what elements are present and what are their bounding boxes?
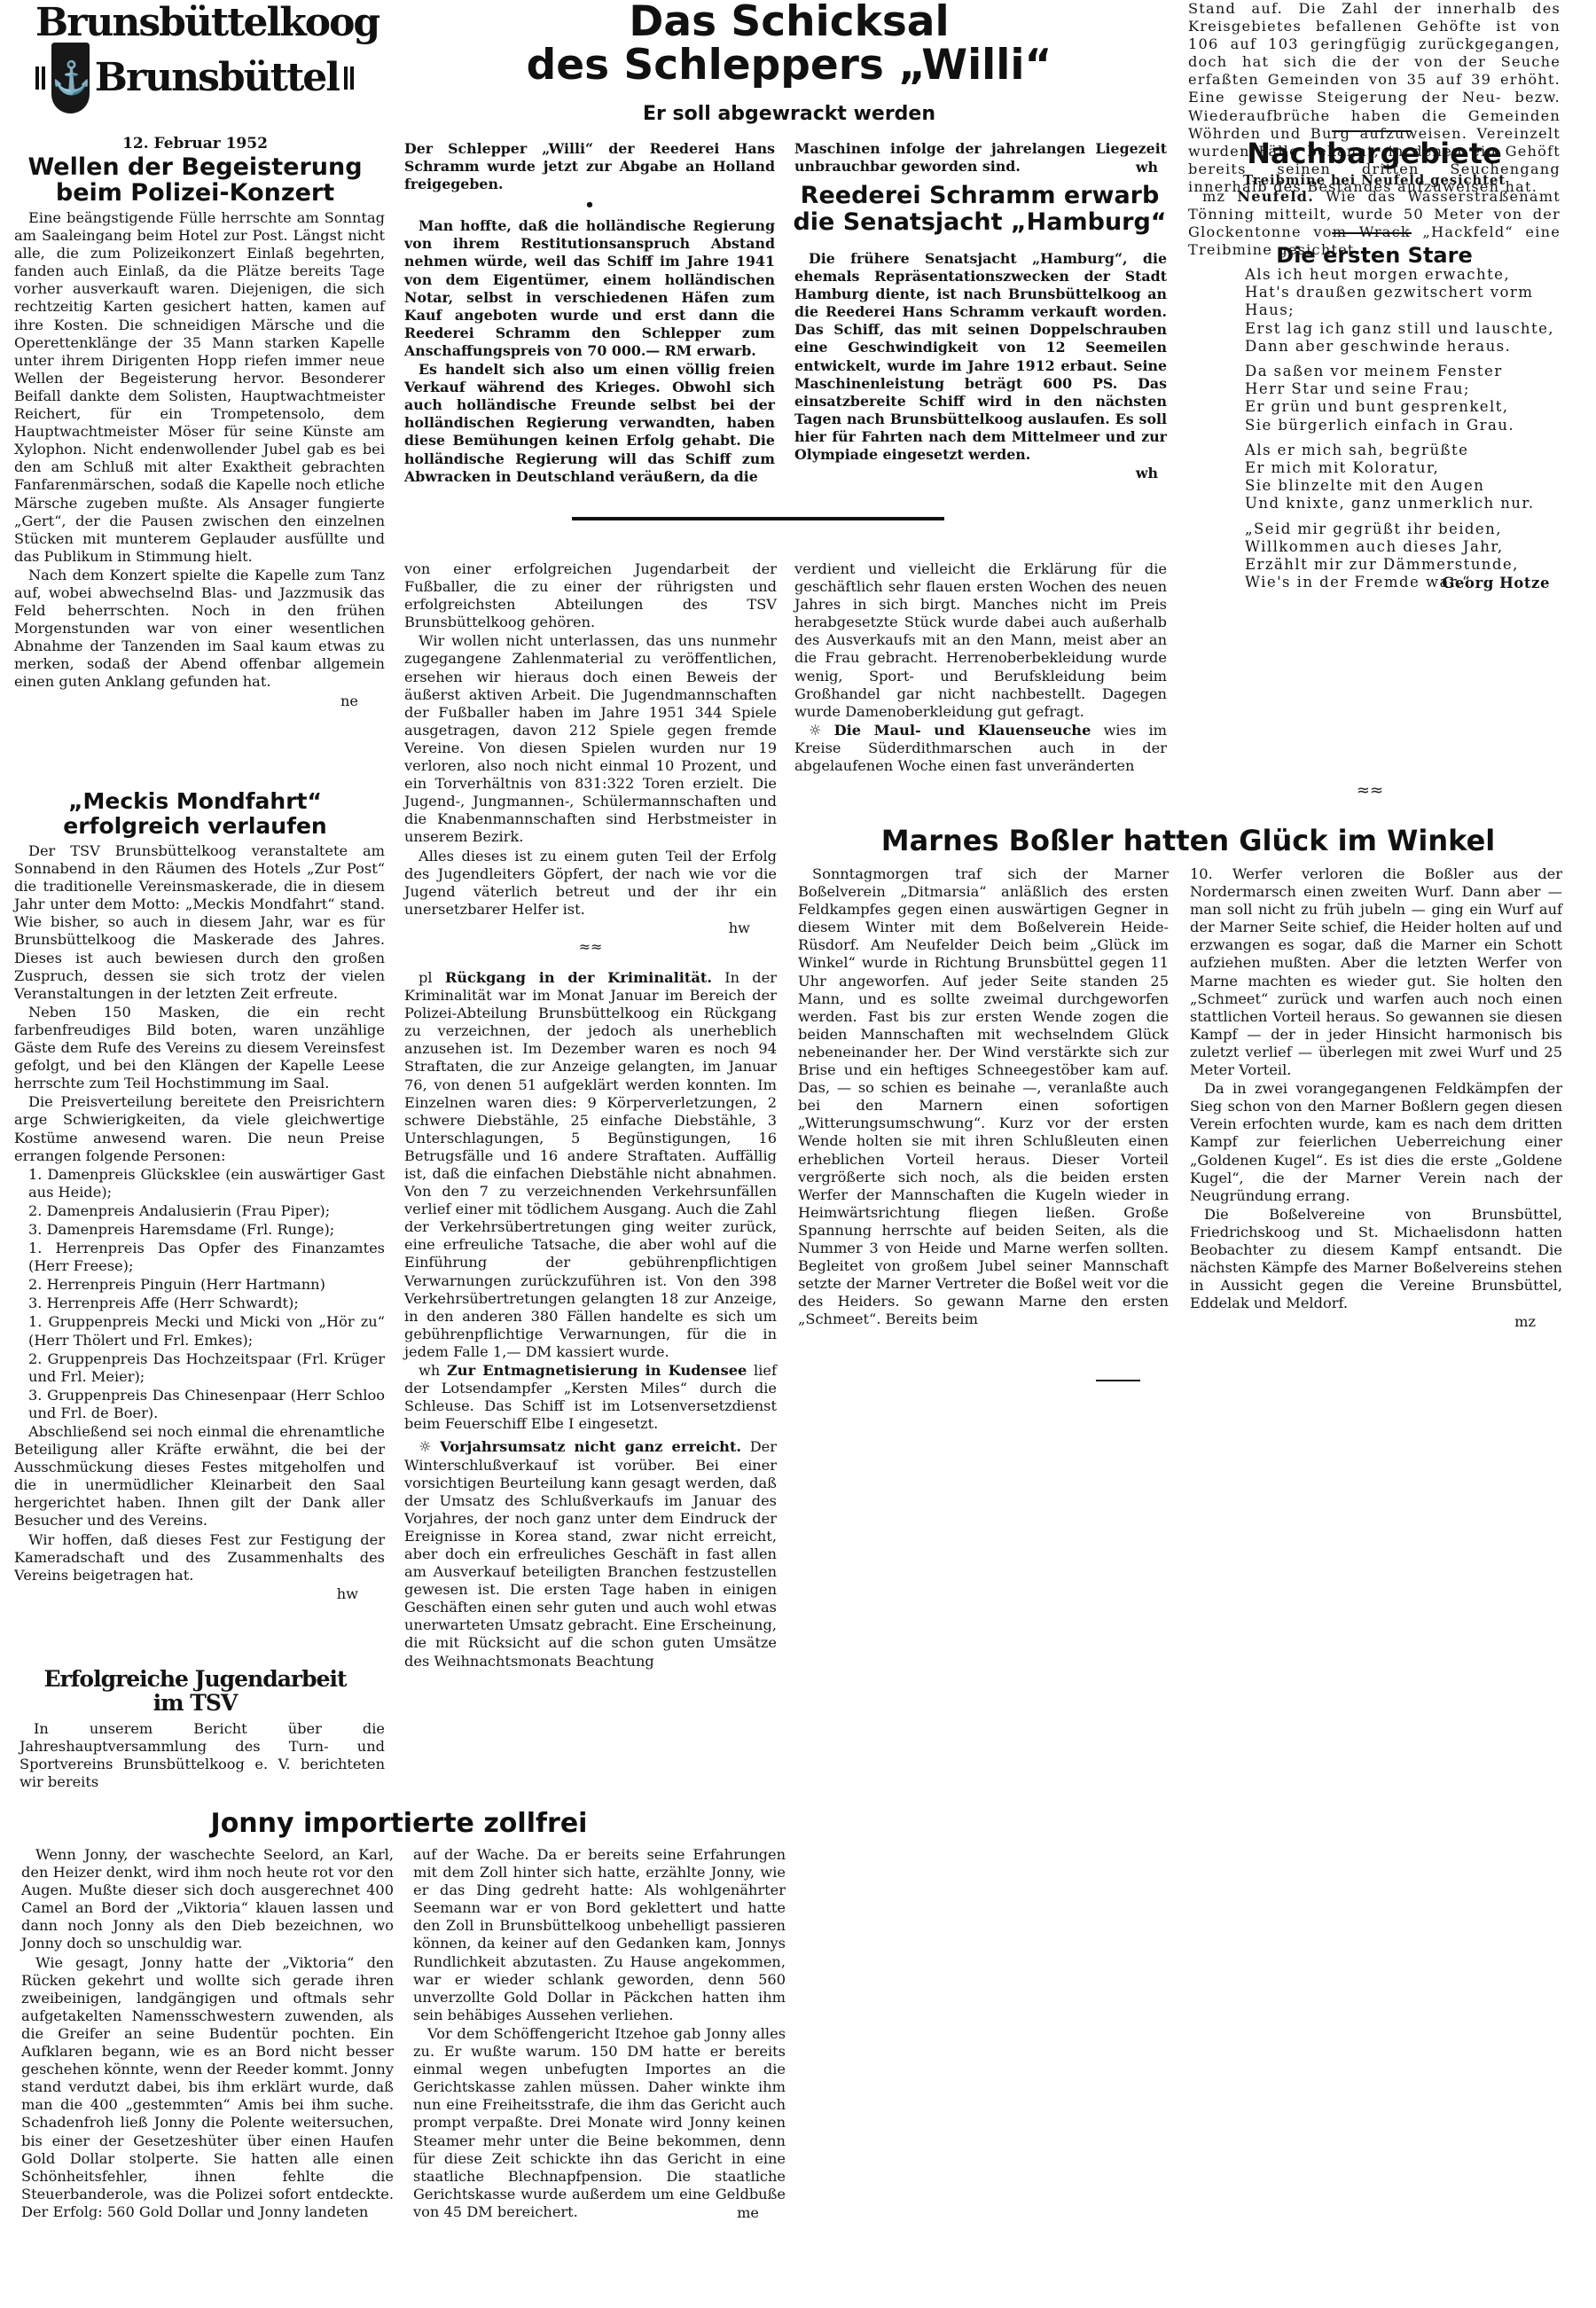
lead-paragraph: Der Schlepper „Willi“ der Reederei Hans … (404, 140, 775, 193)
place-name: Neufeld. (1237, 188, 1314, 205)
prize-item: 2. Herrenpreis Pinguin (Herr Hartmann) (14, 1276, 385, 1294)
article-jugendarbeit-lead: In unserem Bericht über die Jahreshauptv… (20, 1720, 385, 1792)
paragraph: Wir wollen nicht unterlassen, das uns nu… (404, 632, 777, 846)
paragraph: Die Boßelvereine von Brunsbüttel, Friedr… (1190, 1206, 1562, 1313)
prize-item: 2. Damenpreis Andalusierin (Frau Piper); (14, 1202, 385, 1220)
poem-stanza: „Seid mir gegrüßt ihr beiden, Willkommen… (1188, 520, 1561, 592)
item-title: Rückgang in der Kriminalität. (445, 969, 712, 986)
banner-right-ornament (344, 67, 355, 90)
headline-line: beim Polizei-Konzert (9, 180, 381, 206)
subheadline-treibmine: Treibmine bei Neufeld gesichtet (1188, 172, 1561, 188)
signature: hw (404, 919, 777, 937)
paragraph: Der TSV Brunsbüttelkoog veranstaltete am… (14, 842, 385, 1003)
headline-line: im TSV (9, 1691, 381, 1715)
headline-bossler: Marnes Boßler hatten Glück im Winkel (798, 825, 1578, 857)
signature: mz (1190, 1313, 1562, 1331)
article-schlepper-willi: Der Schlepper „Willi“ der Reederei Hans … (404, 140, 775, 487)
poem-line: Dann aber geschwinde heraus. (1245, 338, 1561, 356)
anchor-crest-icon: ⚓ (51, 43, 90, 113)
paragraph: In unserem Bericht über die Jahreshauptv… (20, 1720, 385, 1791)
poem-line: Als er mich sah, begrüßte (1245, 442, 1561, 459)
paragraph: Eine beängstigende Fülle herrschte am So… (14, 209, 385, 566)
article-jugendarbeit-continued: von einer erfolgreichen Jugendarbeit der… (404, 560, 777, 1671)
paragraph: auf der Wache. Da er bereits seine Erfah… (413, 1846, 786, 2024)
headline-senatsjacht: Reederei Schramm erwarb die Senatsjacht … (789, 183, 1170, 236)
headline-schlepper-willi: Das Schicksal des Schleppers „Willi“ (399, 0, 1179, 87)
issue-date: 12. Februar 1952 (0, 135, 390, 153)
news-item-klauenseuche: ☼ Die Maul- und Klauenseuche wies im Kre… (794, 722, 1167, 775)
article-bossler-col2: 10. Werfer verloren die Boßler aus der N… (1190, 865, 1562, 1331)
prize-item: 1. Herrenpreis Das Opfer des Finanzamtes… (14, 1240, 385, 1275)
paragraph: von einer erfolgreichen Jugendarbeit der… (404, 560, 777, 631)
headline-polizei-konzert: Wellen der Begeisterung beim Polizei-Kon… (9, 154, 381, 206)
section-title-nachbargebiete: Nachbargebiete (1188, 137, 1561, 169)
headline-jonny: Jonny importierte zollfrei (177, 1809, 621, 1839)
wave-separator: ≈≈ (1330, 786, 1410, 796)
headline-meckis-mondfahrt: „Meckis Mondfahrt“ erfolgreich verlaufen (9, 789, 381, 839)
poem-stanza: Als er mich sah, begrüßte Er mich mit Ko… (1188, 442, 1561, 513)
masthead: Brunsbüttelkoog ⚓ Brunsbüttel (35, 4, 355, 113)
headline-line: Erfolgreiche Jugendarbeit (9, 1667, 381, 1691)
author-initials: mz (1202, 188, 1225, 205)
headline-line: Wellen der Begeisterung (9, 154, 381, 180)
author-initials: wh (419, 1362, 440, 1379)
headline-line: Das Schicksal (399, 0, 1179, 43)
paragraph: Wir hoffen, daß dieses Fest zur Festigun… (14, 1531, 385, 1584)
item-text: In der Kriminalität war im Monat Januar … (404, 969, 777, 1360)
headline-line: erfolgreich verlaufen (9, 814, 381, 839)
prize-item: 1. Gruppenpreis Mecki und Micki von „Hör… (14, 1313, 385, 1349)
poem-author: Georg Hotze (1442, 574, 1550, 591)
paragraph: verdient und vielleicht die Erklärung fü… (794, 560, 1167, 721)
article-schlepper-willi-continued: Maschinen infolge der jahrelangen Liegez… (794, 140, 1167, 176)
star-icon: ☼ (809, 722, 822, 739)
banner-left-ornament (35, 67, 46, 90)
paragraph: Da in zwei vorangegangenen Feldkämpfen d… (1190, 1080, 1562, 1205)
poem-line: Als ich heut morgen erwachte, (1245, 266, 1561, 284)
poem-line: Da saßen vor meinem Fenster (1245, 363, 1561, 380)
paragraph: Man hoffte, daß die holländische Regieru… (404, 217, 775, 360)
paragraph: Es handelt sich also um einen völlig fre… (404, 361, 775, 486)
paragraph: Neben 150 Masken, die ein recht farbenfr… (14, 1004, 385, 1092)
poem: Als ich heut morgen erwachte, Hat's drau… (1188, 266, 1561, 599)
item-title: Zur Entmagnetisierung in Kudensee (447, 1362, 747, 1379)
article-bossler-col1: Sonntagmorgen traf sich der Marner Boßel… (798, 865, 1169, 1329)
poem-line: Erzählt mir zur Dämmerstunde, (1245, 556, 1561, 574)
paragraph: Nach dem Konzert spielte die Kapelle zum… (14, 567, 385, 692)
prize-item: 1. Damenpreis Glücksklee (ein auswärtige… (14, 1166, 385, 1201)
paragraph: Die frühere Senatsjacht „Hamburg“, die e… (794, 250, 1167, 464)
news-item-entmagnetisierung: wh Zur Entmagnetisierung in Kudensee lie… (404, 1362, 777, 1433)
article-column-3-continued: verdient und vielleicht die Erklärung fü… (794, 560, 1167, 776)
article-meckis-mondfahrt: Der TSV Brunsbüttelkoog veranstaltete am… (14, 842, 385, 1603)
news-item-kriminalitaet: pl Rückgang in der Kriminalität. In der … (404, 969, 777, 1361)
divider-rule (1332, 130, 1412, 132)
poem-line: Herr Star und seine Frau; (1245, 380, 1561, 398)
poem-title: Die ersten Stare (1188, 243, 1561, 268)
poem-line: Und knixte, ganz unmerklich nur. (1245, 495, 1561, 512)
divider-rule (1096, 1380, 1140, 1381)
prize-item: 3. Damenpreis Haremsdame (Frl. Runge); (14, 1221, 385, 1239)
paragraph: Alles dieses ist zu einem guten Teil der… (404, 848, 777, 919)
item-title: Die Maul- und Klauenseuche (834, 722, 1091, 739)
poem-line: Er grün und bunt gesprenkelt, (1245, 398, 1561, 416)
paragraph: Wie gesagt, Jonny hatte der „Viktoria“ d… (21, 1954, 394, 2221)
paragraph: Die Preisverteilung bereitete den Preisr… (14, 1093, 385, 1164)
signature: wh (794, 465, 1167, 482)
prize-item: 2. Gruppenpreis Das Hochzeitspaar (Frl. … (14, 1350, 385, 1386)
poem-stanza: Als ich heut morgen erwachte, Hat's drau… (1188, 266, 1561, 356)
divider-rule (1332, 232, 1412, 234)
poem-line: „Seid mir gegrüßt ihr beiden, (1245, 520, 1561, 538)
news-item-vorjahrsumsatz: ☼ Vorjahrsumsatz nicht ganz erreicht. De… (404, 1438, 777, 1670)
poem-line: Sie bürgerlich einfach in Grau. (1245, 417, 1561, 434)
prize-list: 1. Damenpreis Glücksklee (ein auswärtige… (14, 1166, 385, 1422)
bullet-separator: • (404, 194, 775, 217)
paragraph: Abschließend sei noch einmal die ehrenam… (14, 1423, 385, 1530)
masthead-title-brunsbuettelkoog: Brunsbüttelkoog (35, 4, 355, 43)
star-icon: ☼ (419, 1438, 432, 1455)
wave-separator: ≈≈ (404, 937, 777, 957)
headline-line: des Schleppers „Willi“ (399, 43, 1179, 87)
headline-line: „Meckis Mondfahrt“ (9, 789, 381, 814)
paragraph: Wenn Jonny, der waschechte Seelord, an K… (21, 1846, 394, 1953)
article-jonny-col2: auf der Wache. Da er bereits seine Erfah… (413, 1846, 786, 2222)
item-text: Der Winterschlußverkauf ist vorüber. Bei… (404, 1438, 777, 1669)
subheadline-abgewrackt: Er soll abgewrackt werden (399, 103, 1179, 126)
author-initials: pl (419, 969, 433, 986)
masthead-title-brunsbuettel: Brunsbüttel (95, 59, 339, 98)
article-jonny-col1: Wenn Jonny, der waschechte Seelord, an K… (21, 1846, 394, 2222)
headline-line: Reederei Schramm erwarb (789, 183, 1170, 209)
paragraph: 10. Werfer verloren die Boßler aus der N… (1190, 865, 1562, 1079)
headline-line: die Senatsjacht „Hamburg“ (789, 209, 1170, 236)
poem-line: Hat's draußen gezwitschert vorm Haus; (1245, 284, 1561, 319)
prize-item: 3. Herrenpreis Affe (Herr Schwardt); (14, 1295, 385, 1312)
signature: hw (14, 1585, 385, 1603)
poem-line: Willkommen auch dieses Jahr, (1245, 538, 1561, 556)
item-title: Vorjahrsumsatz nicht ganz erreicht. (440, 1438, 741, 1455)
poem-stanza: Da saßen vor meinem Fenster Herr Star un… (1188, 363, 1561, 434)
poem-line: Erst lag ich ganz still und lauschte, (1245, 320, 1561, 338)
poem-line: Er mich mit Koloratur, (1245, 459, 1561, 477)
article-senatsjacht: Die frühere Senatsjacht „Hamburg“, die e… (794, 250, 1167, 482)
poem-line: Sie blinzelte mit den Augen (1245, 477, 1561, 495)
article-divider-rule (572, 517, 944, 520)
paragraph: Sonntagmorgen traf sich der Marner Boßel… (798, 865, 1169, 1328)
prize-item: 3. Gruppenpreis Das Chinesenpaar (Herr S… (14, 1387, 385, 1422)
headline-jugendarbeit: Erfolgreiche Jugendarbeit im TSV (9, 1667, 381, 1715)
article-polizei-konzert: Eine beängstigende Fülle herrschte am So… (14, 209, 385, 710)
signature: ne (14, 692, 385, 710)
paragraph: Vor dem Schöffengericht Itzehoe gab Jonn… (413, 2025, 786, 2221)
